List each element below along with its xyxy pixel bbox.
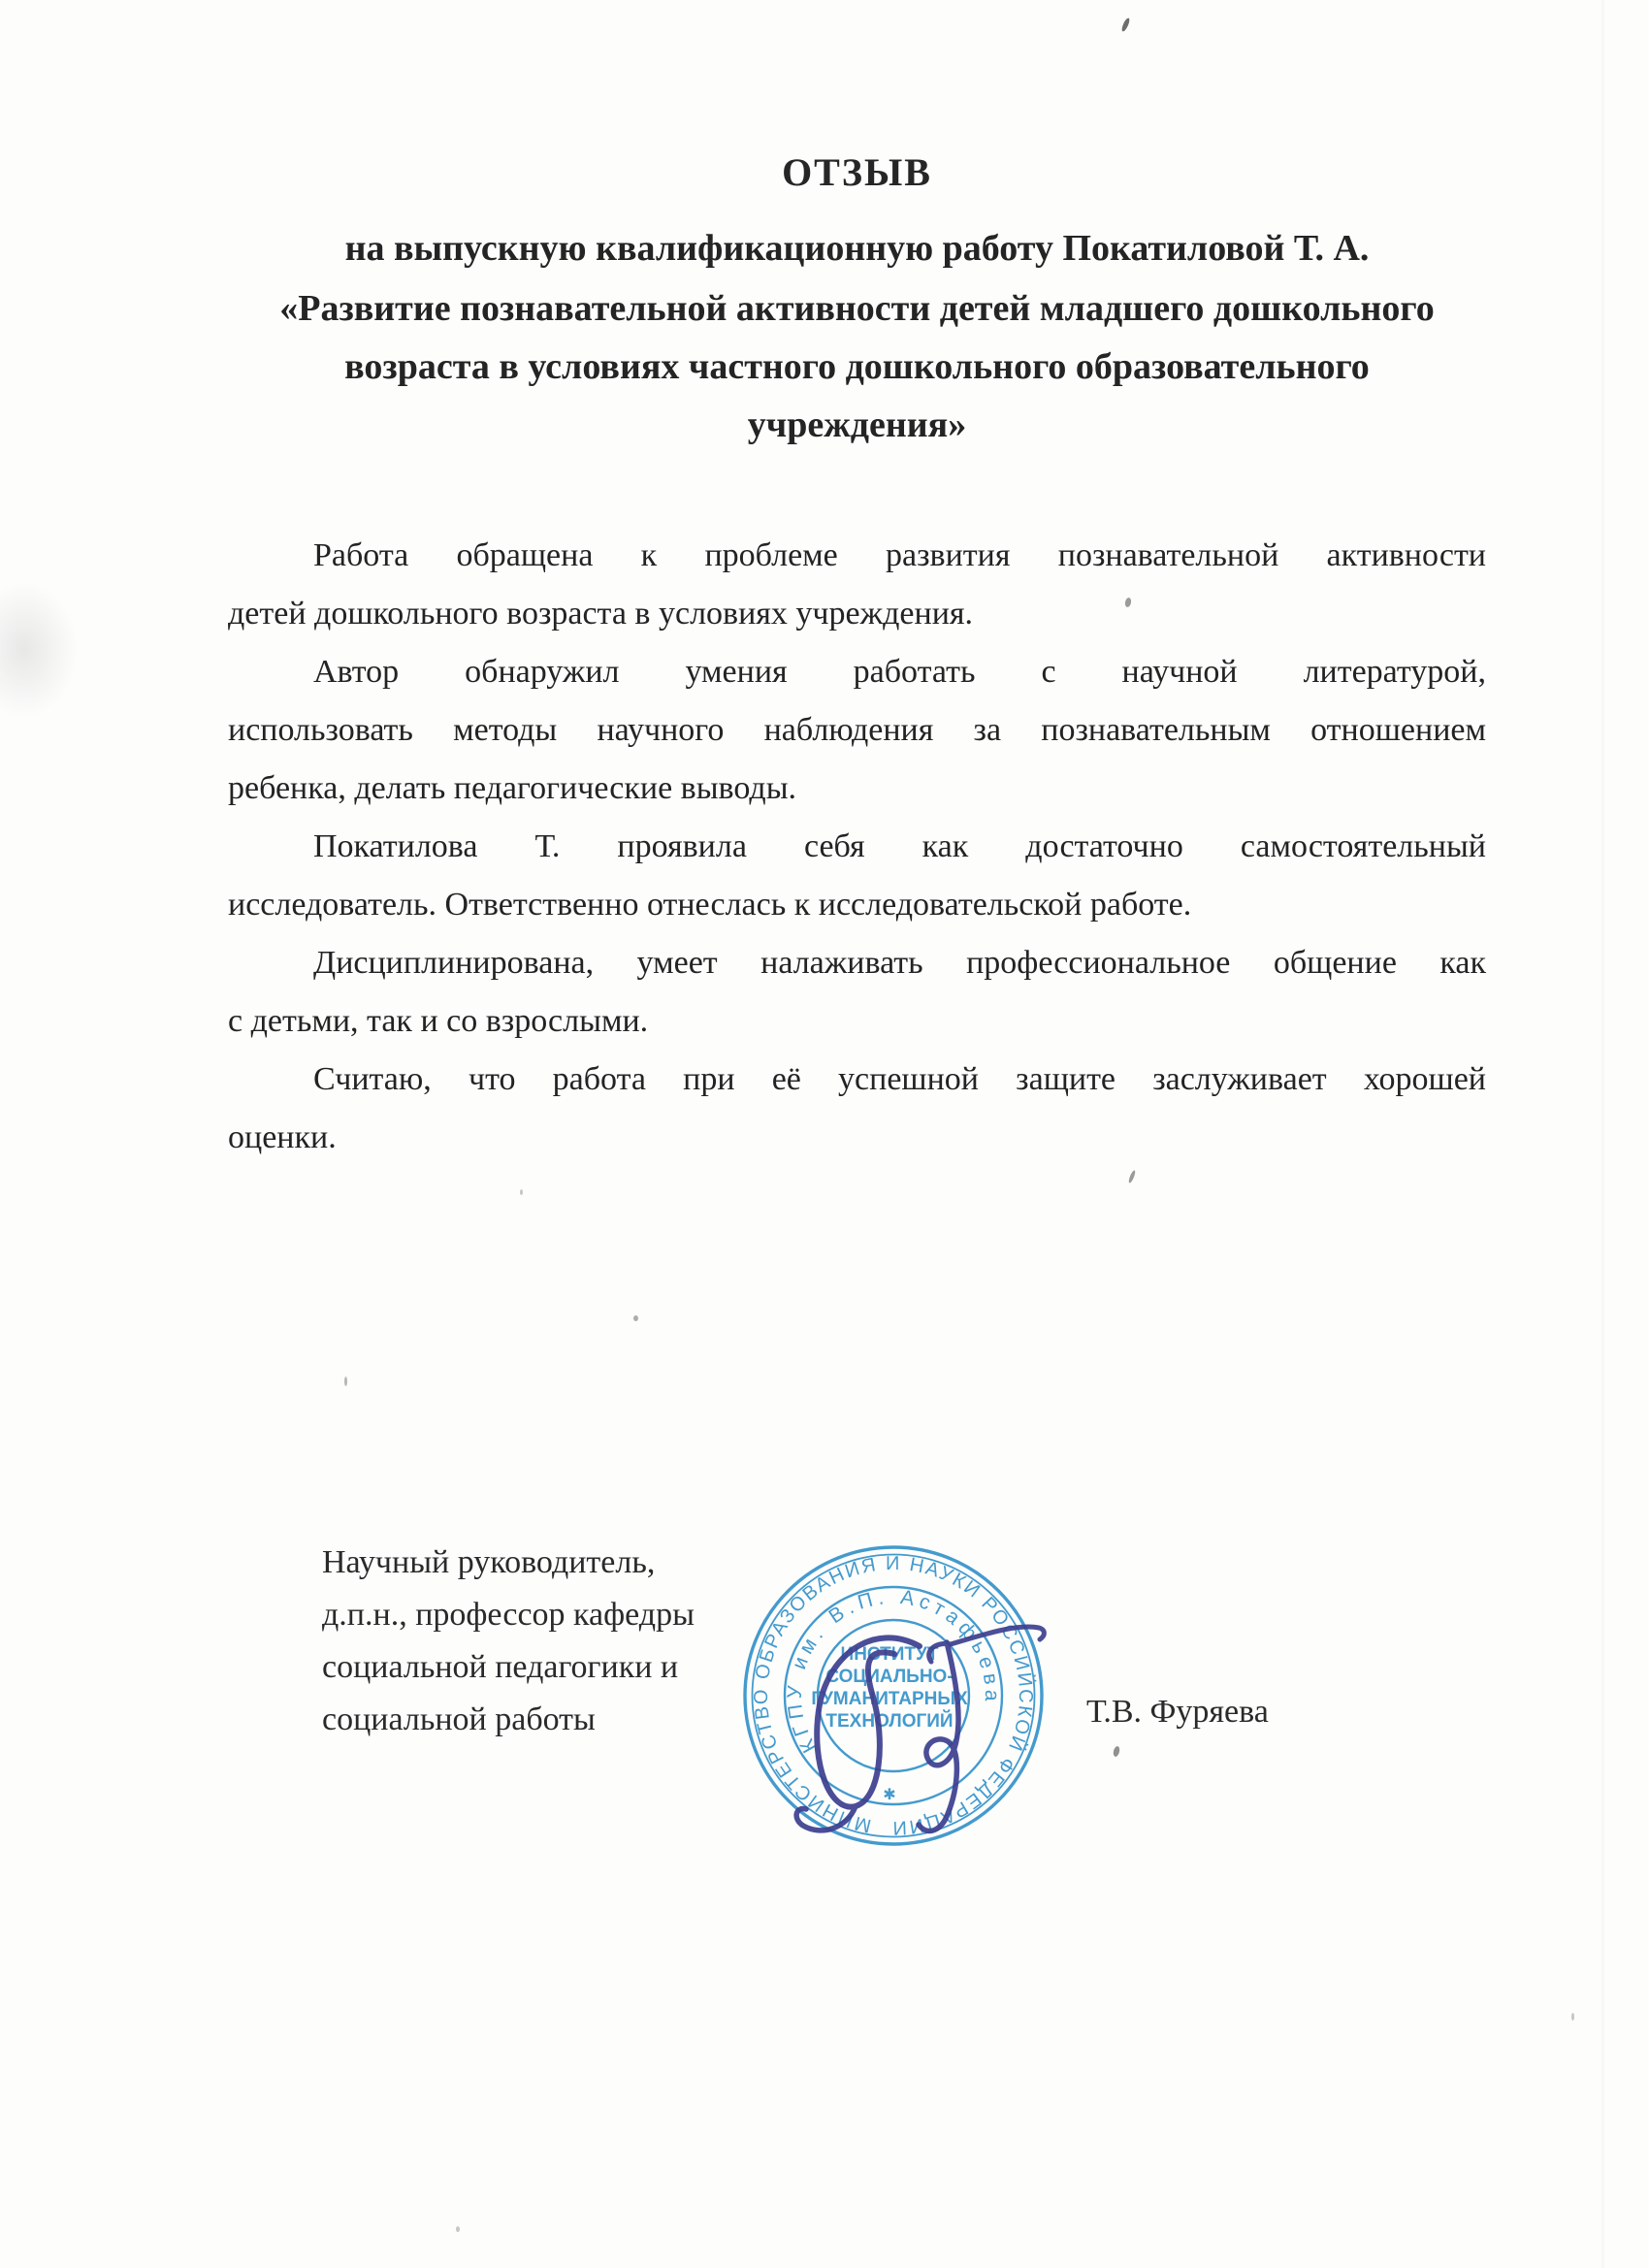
document-title: ОТЗЫВ <box>228 144 1486 202</box>
scan-speck <box>1571 2013 1574 2021</box>
body-text-line: исследователь. Ответственно отнеслась к … <box>228 876 1486 934</box>
work-title: «Развитие познавательной активности дете… <box>209 279 1505 454</box>
body-text-line: ребенка, делать педагогические выводы. <box>228 760 1486 818</box>
scan-speck <box>1120 17 1131 33</box>
document-subtitle: на выпускную квалификационную работу Пок… <box>209 219 1505 277</box>
scan-speck <box>344 1377 347 1386</box>
handwritten-signature <box>757 1605 1145 1867</box>
scanned-review-document: ОТЗЫВ на выпускную квалификационную рабо… <box>0 0 1649 2268</box>
body-text-line: использовать методы научного наблюдения … <box>228 701 1486 760</box>
signature-bar-stroke <box>929 1627 1045 1662</box>
review-body-text: Работа обращена к проблеме развития позн… <box>228 527 1486 1167</box>
work-title-line: «Развитие познавательной активности дете… <box>209 279 1505 338</box>
signature-loop-stroke <box>817 1637 920 1806</box>
scan-speck <box>633 1315 638 1321</box>
scan-smudge <box>0 582 78 718</box>
body-text-line: Дисциплинирована, умеет налаживать профе… <box>228 934 1486 992</box>
scan-speck <box>520 1189 523 1195</box>
body-text-line: Покатилова Т. проявила себя как достаточ… <box>228 818 1486 876</box>
signature-descender-stroke <box>919 1642 958 1831</box>
body-text-line: Автор обнаружил умения работать с научно… <box>228 643 1486 701</box>
body-text-line: детей дошкольного возраста в условиях уч… <box>228 585 1486 643</box>
body-text-line: оценки. <box>228 1109 1486 1167</box>
scan-speck <box>1128 1170 1137 1183</box>
body-text-line: Считаю, что работа при её успешной защит… <box>228 1051 1486 1109</box>
scan-speck <box>456 2226 460 2232</box>
signature-tail-stroke <box>796 1806 856 1831</box>
body-text-line: Работа обращена к проблеме развития позн… <box>228 527 1486 585</box>
work-title-line: учреждения» <box>209 396 1505 454</box>
work-title-line: возраста в условиях частного дошкольного… <box>209 338 1505 396</box>
scan-streak <box>1601 0 1604 2268</box>
body-text-line: с детьми, так и со взрослыми. <box>228 992 1486 1051</box>
